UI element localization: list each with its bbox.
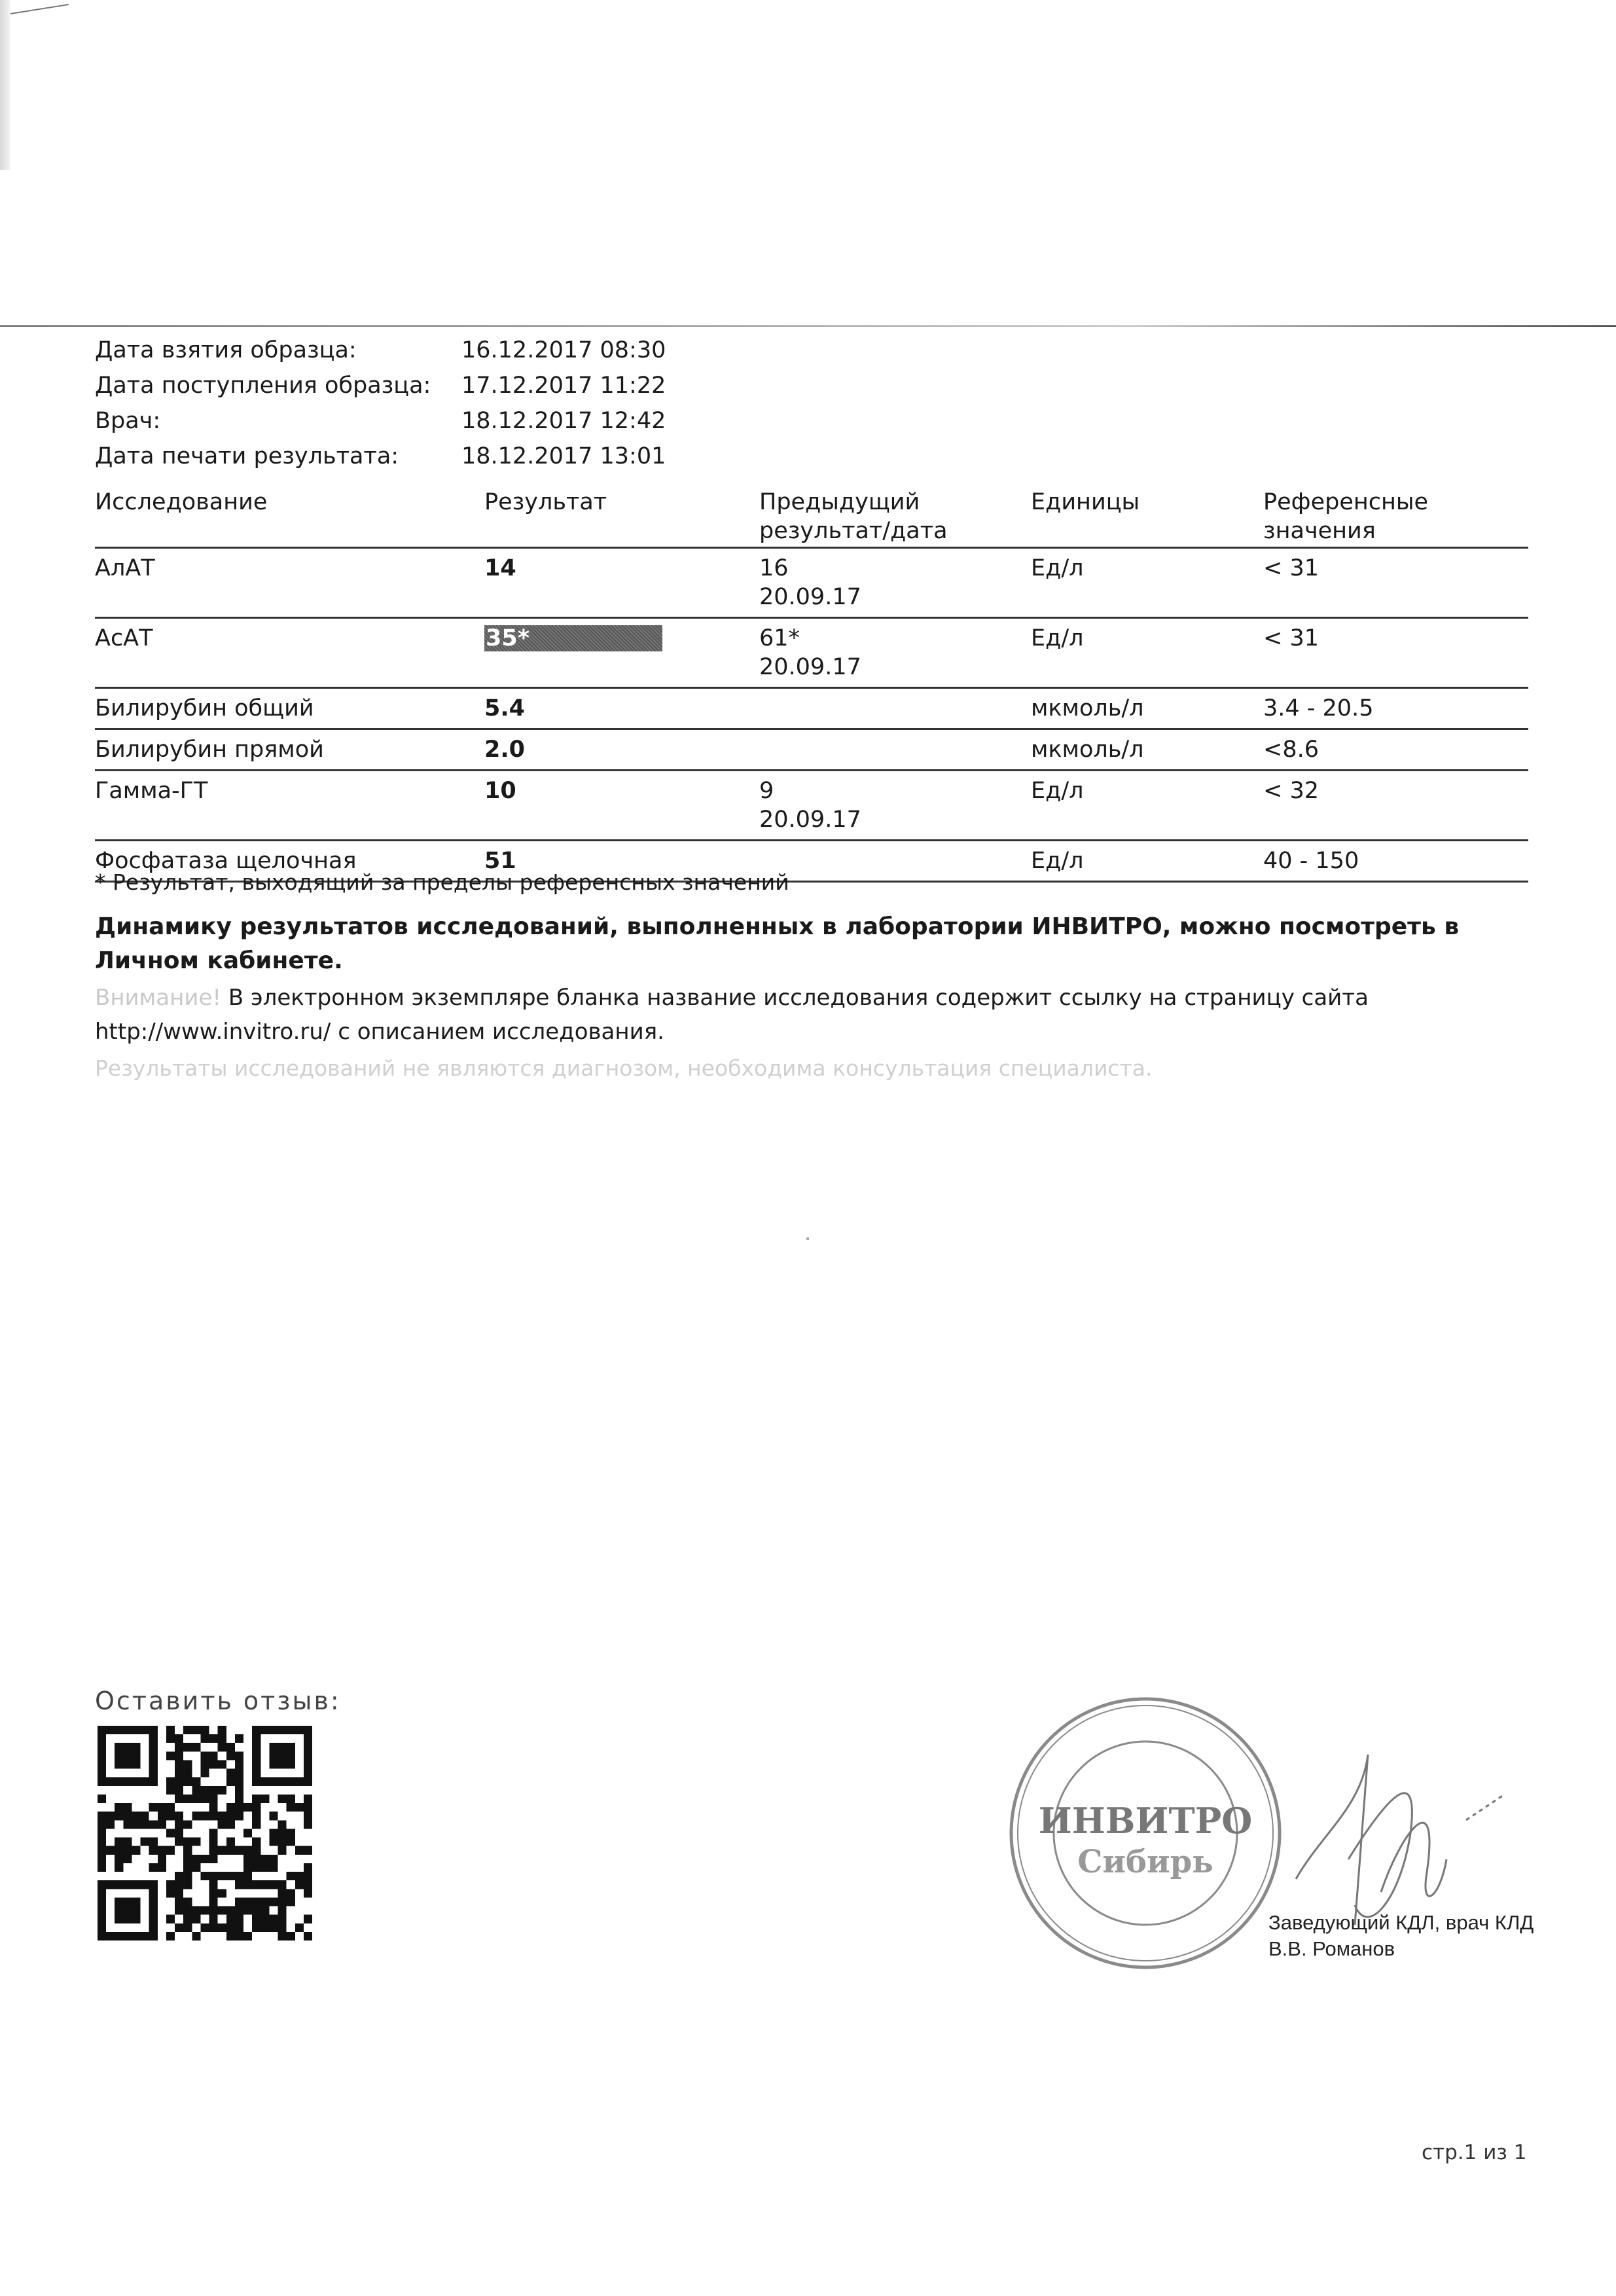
meta-label: Дата взятия образца:	[95, 333, 461, 368]
previous-value: 16	[759, 554, 1031, 583]
meta-label: Дата поступления образца:	[95, 368, 461, 403]
signer-name: В.В. Романов	[1268, 1936, 1534, 1962]
signer-block: Заведующий КДЛ, врач КЛД В.В. Романов	[1268, 1910, 1534, 1962]
reference-range: < 31	[1263, 619, 1528, 687]
test-result: 14	[484, 549, 759, 617]
stamp-line2: Сибирь	[1077, 1844, 1213, 1880]
header-test: Исследование	[95, 488, 484, 547]
previous-result: 1620.09.17	[759, 549, 1031, 617]
result-value: 2.0	[484, 737, 525, 763]
previous-result	[759, 841, 1031, 881]
reference-range: 3.4 - 20.5	[1263, 689, 1528, 728]
test-name[interactable]: АсАТ	[95, 619, 484, 687]
header-previous-line1: Предыдущий	[759, 488, 1031, 517]
reference-range: < 32	[1263, 771, 1528, 839]
table-row: Билирубин общий5.4мкмоль/л3.4 - 20.5	[95, 687, 1528, 728]
scan-artifact	[806, 1237, 809, 1240]
results-table: Исследование Результат Предыдущий резуль…	[95, 488, 1528, 883]
test-name[interactable]: Билирубин прямой	[95, 730, 484, 769]
header-reference-line2: значения	[1263, 517, 1528, 545]
units: Ед/л	[1031, 619, 1263, 687]
header-previous: Предыдущий результат/дата	[759, 488, 1031, 547]
meta-value: 16.12.2017 08:30	[461, 333, 666, 368]
footnote: * Результат, выходящий за пределы рефере…	[95, 869, 789, 895]
table-row: АсАТ35*61*20.09.17Ед/л< 31	[95, 617, 1528, 687]
result-value: 5.4	[484, 695, 525, 721]
meta-row: Дата взятия образца: 16.12.2017 08:30	[95, 333, 666, 368]
header-previous-line2: результат/дата	[759, 517, 1031, 545]
table-row: АлАТ141620.09.17Ед/л< 31	[95, 547, 1528, 617]
feedback-qr-code[interactable]	[98, 1726, 312, 1941]
diagnosis-disclaimer: Результаты исследований не являются диаг…	[95, 1055, 1153, 1081]
feedback-label: Оставить отзыв:	[95, 1686, 341, 1715]
reference-range: < 31	[1263, 549, 1528, 617]
units: Ед/л	[1031, 841, 1263, 881]
previous-value: 9	[759, 776, 1031, 805]
notice-text: В электронном экземпляре бланка название…	[95, 985, 1369, 1045]
meta-value: 18.12.2017 13:01	[461, 439, 666, 474]
signer-title: Заведующий КДЛ, врач КЛД	[1268, 1910, 1534, 1936]
test-name[interactable]: Гамма-ГТ	[95, 771, 484, 839]
table-body: АлАТ141620.09.17Ед/л< 31АсАТ35*61*20.09.…	[95, 547, 1528, 883]
table-header: Исследование Результат Предыдущий резуль…	[95, 488, 1528, 547]
scan-artifact	[10, 4, 69, 14]
header-result: Результат	[484, 488, 759, 547]
result-value: 35*	[484, 625, 662, 651]
header-reference-line1: Референсные	[1263, 488, 1528, 517]
electronic-copy-notice: Внимание! В электронном экземпляре бланк…	[95, 981, 1535, 1049]
previous-result: 920.09.17	[759, 771, 1031, 839]
reference-range: 40 - 150	[1263, 841, 1528, 881]
meta-row: Дата поступления образца: 17.12.2017 11:…	[95, 368, 666, 403]
header-units: Единицы	[1031, 488, 1263, 547]
previous-value: 61*	[759, 624, 1031, 653]
stamp-line1: ИНВИТРО	[1039, 1800, 1253, 1842]
organization-stamp: ИНВИТРО Сибирь	[1001, 1689, 1289, 1977]
result-value: 14	[484, 555, 516, 581]
reference-range: <8.6	[1263, 730, 1528, 769]
test-name[interactable]: АлАТ	[95, 549, 484, 617]
test-name[interactable]: Билирубин общий	[95, 689, 484, 728]
previous-result: 61*20.09.17	[759, 619, 1031, 687]
dynamics-notice: Динамику результатов исследований, выпол…	[95, 910, 1535, 978]
header-reference: Референсные значения	[1263, 488, 1528, 547]
units: мкмоль/л	[1031, 689, 1263, 728]
test-result: 10	[484, 771, 759, 839]
meta-label: Врач:	[95, 403, 461, 439]
previous-date: 20.09.17	[759, 583, 1031, 611]
test-result: 2.0	[484, 730, 759, 769]
page-number: стр.1 из 1	[1422, 2141, 1526, 2164]
meta-value: 17.12.2017 11:22	[461, 368, 666, 403]
previous-result	[759, 730, 1031, 769]
scan-edge	[0, 0, 10, 170]
meta-value: 18.12.2017 12:42	[461, 403, 666, 439]
test-result: 5.4	[484, 689, 759, 728]
previous-result	[759, 689, 1031, 728]
result-value: 10	[484, 778, 516, 804]
notice-prefix: Внимание!	[95, 985, 221, 1011]
units: мкмоль/л	[1031, 730, 1263, 769]
meta-row: Врач: 18.12.2017 12:42	[95, 403, 666, 439]
previous-date: 20.09.17	[759, 805, 1031, 834]
meta-label: Дата печати результата:	[95, 439, 461, 474]
test-result: 35*	[484, 619, 759, 687]
sample-meta: Дата взятия образца: 16.12.2017 08:30 Да…	[95, 333, 666, 474]
previous-date: 20.09.17	[759, 653, 1031, 682]
table-row: Билирубин прямой2.0мкмоль/л<8.6	[95, 728, 1528, 769]
meta-row: Дата печати результата: 18.12.2017 13:01	[95, 439, 666, 474]
units: Ед/л	[1031, 771, 1263, 839]
table-row: Гамма-ГТ10920.09.17Ед/л< 32	[95, 769, 1528, 839]
units: Ед/л	[1031, 549, 1263, 617]
header-divider	[0, 325, 1616, 327]
